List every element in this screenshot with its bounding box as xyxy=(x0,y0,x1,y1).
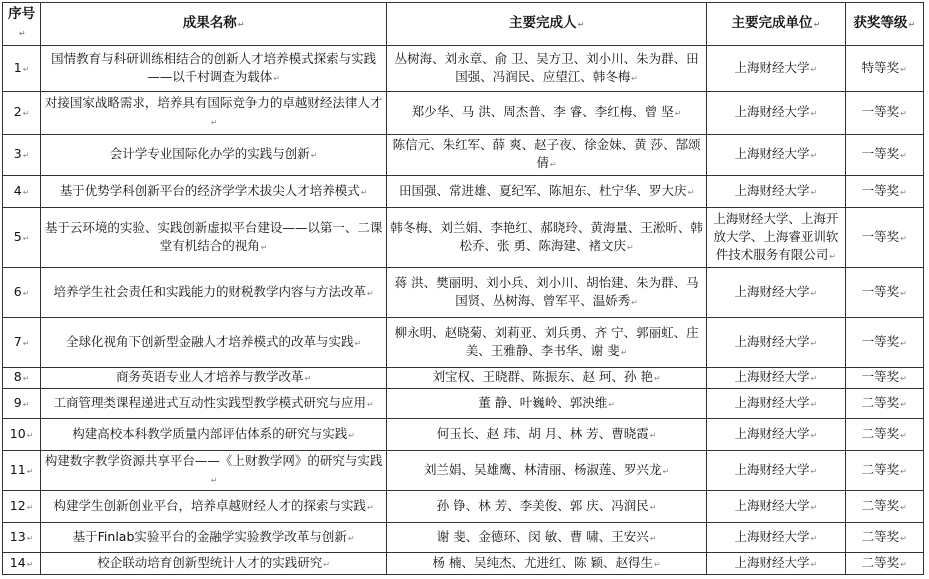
cell-people-text: 韩冬梅、刘兰娟、李艳红、郝晓玲、黄海量、王淞昕、韩松乔、张 勇、陈海建、褚文庆 xyxy=(390,220,703,253)
cell-title: 校企联动培育创新型统计人才的实践研究↵ xyxy=(41,553,387,575)
cell-people: 柳永明、赵晓菊、刘莉亚、刘兵勇、齐 宁、郭丽虹、庄 美、王雅静、李书华、谢 斐↵ xyxy=(387,318,707,368)
return-mark-icon: ↵ xyxy=(810,151,817,160)
cell-title-text: 培养学生社会责任和实践能力的财税教学内容与方法改革 xyxy=(54,284,367,299)
cell-title-text: 全球化视角下创新型金融人才培养模式的改革与实践 xyxy=(66,334,354,349)
return-mark-icon: ↵ xyxy=(23,374,30,383)
table-row: 2↵对接国家战略需求，培养具有国际竞争力的卓越财经法律人才↵郑少华、马 洪、周杰… xyxy=(3,92,924,135)
cell-level-text: 一等奖 xyxy=(862,104,900,119)
table-body: 1↵国情教育与科研训练相结合的创新人才培养模式探索与实践——以千村调查为载体↵丛… xyxy=(3,46,924,575)
cell-no-text: 5 xyxy=(14,229,22,244)
return-mark-icon: ↵ xyxy=(810,431,817,440)
cell-title-text: 构建学生创新创业平台，培养卓越财经人才的探索与实践 xyxy=(54,498,367,513)
cell-title-text: 国情教育与科研训练相结合的创新人才培养模式探索与实践——以千村调查为载体 xyxy=(51,51,376,84)
return-mark-icon: ↵ xyxy=(810,560,817,569)
cell-unit-text: 上海财经大学 xyxy=(734,146,809,161)
return-mark-icon: ↵ xyxy=(654,374,661,383)
return-mark-icon: ↵ xyxy=(367,289,374,298)
return-mark-icon: ↵ xyxy=(211,118,218,127)
cell-unit-text: 上海财经大学 xyxy=(734,529,809,544)
cell-unit: 上海财经大学↵ xyxy=(707,135,845,176)
cell-level-text: 一等奖 xyxy=(862,369,900,384)
cell-people: 田国强、常进雄、夏纪军、陈旭东、杜宁华、罗大庆↵ xyxy=(387,176,707,208)
cell-people-text: 董 静、叶巍岭、郭泱维 xyxy=(478,395,607,410)
table-row: 10↵构建高校本科教学质量内部评估体系的研究与实践↵何玉长、赵 玮、胡 月、林 … xyxy=(3,419,924,451)
return-mark-icon: ↵ xyxy=(348,534,355,543)
cell-unit-text: 上海财经大学 xyxy=(734,395,809,410)
return-mark-icon: ↵ xyxy=(650,503,657,512)
return-mark-icon: ↵ xyxy=(813,20,820,29)
return-mark-icon: ↵ xyxy=(273,74,280,83)
cell-title: 国情教育与科研训练相结合的创新人才培养模式探索与实践——以千村调查为载体↵ xyxy=(41,46,387,92)
cell-people-text: 蒋 洪、樊丽明、刘小兵、刘小川、胡怡建、朱为群、马国贤、丛树海、曾军平、温娇秀 xyxy=(395,275,699,308)
cell-no-text: 1 xyxy=(14,60,22,75)
return-mark-icon: ↵ xyxy=(829,252,836,261)
cell-no-text: 7 xyxy=(14,334,22,349)
cell-unit-text: 上海财经大学 xyxy=(734,426,809,441)
return-mark-icon: ↵ xyxy=(810,109,817,118)
cell-title: 构建学生创新创业平台，培养卓越财经人才的探索与实践↵ xyxy=(41,491,387,523)
cell-no: 4↵ xyxy=(3,176,41,208)
cell-title-text: 校企联动培育创新型统计人才的实践研究 xyxy=(97,555,322,570)
return-mark-icon: ↵ xyxy=(23,151,30,160)
cell-unit: 上海财经大学↵ xyxy=(707,553,845,575)
cell-no: 6↵ xyxy=(3,268,41,318)
cell-level: 二等奖↵ xyxy=(845,523,924,553)
cell-title-text: 会计学专业国际化办学的实践与创新 xyxy=(110,146,310,161)
cell-unit-text: 上海财经大学 xyxy=(734,369,809,384)
return-mark-icon: ↵ xyxy=(650,534,657,543)
cell-level-text: 特等奖 xyxy=(862,60,900,75)
cell-unit: 上海财经大学↵ xyxy=(707,523,845,553)
return-mark-icon: ↵ xyxy=(631,298,638,307)
cell-unit: 上海财经大学↵ xyxy=(707,451,845,491)
cell-level-text: 二等奖 xyxy=(862,529,900,544)
cell-no-text: 3 xyxy=(14,146,22,161)
return-mark-icon: ↵ xyxy=(627,243,634,252)
return-mark-icon: ↵ xyxy=(675,109,682,118)
cell-unit: 上海财经大学↵ xyxy=(707,419,845,451)
return-mark-icon: ↵ xyxy=(27,467,34,476)
return-mark-icon: ↵ xyxy=(631,74,638,83)
cell-people: 董 静、叶巍岭、郭泱维↵ xyxy=(387,389,707,419)
return-mark-icon: ↵ xyxy=(810,503,817,512)
return-mark-icon: ↵ xyxy=(348,431,355,440)
cell-no: 10↵ xyxy=(3,419,41,451)
return-mark-icon: ↵ xyxy=(361,188,368,197)
cell-people: 丛树海、刘永章、俞 卫、吴方卫、刘小川、朱为群、田国强、冯润民、应望江、韩冬梅↵ xyxy=(387,46,707,92)
cell-level: 二等奖↵ xyxy=(845,389,924,419)
return-mark-icon: ↵ xyxy=(578,20,585,29)
cell-level-text: 一等奖 xyxy=(862,146,900,161)
cell-people: 何玉长、赵 玮、胡 月、林 芳、曹晓霞↵ xyxy=(387,419,707,451)
cell-no: 8↵ xyxy=(3,368,41,389)
cell-level-text: 二等奖 xyxy=(862,555,900,570)
cell-people-text: 刘宝权、王晓群、陈振东、赵 珂、孙 艳 xyxy=(433,369,653,384)
cell-unit-text: 上海财经大学 xyxy=(734,104,809,119)
return-mark-icon: ↵ xyxy=(27,503,34,512)
cell-no-text: 6 xyxy=(14,284,22,299)
return-mark-icon: ↵ xyxy=(550,160,557,169)
cell-people-text: 刘兰娟、吴雄鹰、林清丽、杨淑莲、罗兴龙 xyxy=(424,462,662,477)
return-mark-icon: ↵ xyxy=(23,339,30,348)
cell-unit: 上海财经大学↵ xyxy=(707,46,845,92)
return-mark-icon: ↵ xyxy=(810,374,817,383)
cell-title: 基于优势学科创新平台的经济学学术拔尖人才培养模式↵ xyxy=(41,176,387,208)
cell-no: 14↵ xyxy=(3,553,41,575)
return-mark-icon: ↵ xyxy=(810,65,817,74)
cell-no-text: 4 xyxy=(14,183,22,198)
cell-title: 基于Finlab实验平台的金融学实验教学改革与创新↵ xyxy=(41,523,387,553)
cell-unit-text: 上海财经大学 xyxy=(734,183,809,198)
return-mark-icon: ↵ xyxy=(23,400,30,409)
cell-no-text: 11 xyxy=(10,462,26,477)
cell-people-text: 陈信元、朱红军、薛 爽、赵子夜、徐金妹、黄 莎、郜颂倩 xyxy=(393,137,701,170)
cell-no: 2↵ xyxy=(3,92,41,135)
cell-unit-text: 上海财经大学 xyxy=(734,60,809,75)
cell-unit-text: 上海财经大学 xyxy=(734,462,809,477)
cell-level: 一等奖↵ xyxy=(845,318,924,368)
cell-level: 二等奖↵ xyxy=(845,419,924,451)
return-mark-icon: ↵ xyxy=(900,151,907,160)
cell-no: 11↵ xyxy=(3,451,41,491)
header-unit: 主要完成单位↵ xyxy=(707,3,845,46)
table-row: 6↵培养学生社会责任和实践能力的财税教学内容与方法改革↵蒋 洪、樊丽明、刘小兵、… xyxy=(3,268,924,318)
cell-no-text: 13 xyxy=(10,529,26,544)
return-mark-icon: ↵ xyxy=(810,534,817,543)
cell-no-text: 12 xyxy=(10,498,26,513)
cell-title: 会计学专业国际化办学的实践与创新↵ xyxy=(41,135,387,176)
cell-title-text: 构建数字教学资源共享平台——《上财教学网》的研究与实践 xyxy=(45,453,383,468)
table-row: 9↵工商管理类课程递进式互动性实践型教学模式研究与应用↵董 静、叶巍岭、郭泱维↵… xyxy=(3,389,924,419)
cell-unit: 上海财经大学↵ xyxy=(707,176,845,208)
return-mark-icon: ↵ xyxy=(23,109,30,118)
return-mark-icon: ↵ xyxy=(810,339,817,348)
cell-no: 7↵ xyxy=(3,318,41,368)
return-mark-icon: ↵ xyxy=(900,339,907,348)
cell-level: 特等奖↵ xyxy=(845,46,924,92)
return-mark-icon: ↵ xyxy=(27,534,34,543)
return-mark-icon: ↵ xyxy=(27,560,34,569)
cell-title: 工商管理类课程递进式互动性实践型教学模式研究与应用↵ xyxy=(41,389,387,419)
cell-people-text: 何玉长、赵 玮、胡 月、林 芳、曹晓霞 xyxy=(437,426,649,441)
return-mark-icon: ↵ xyxy=(900,467,907,476)
cell-title: 商务英语专业人才培养与教学改革↵ xyxy=(41,368,387,389)
cell-people: 郑少华、马 洪、周杰普、李 睿、李红梅、曾 坚↵ xyxy=(387,92,707,135)
cell-people-text: 杨 楠、吴纯杰、尤进红、陈 颖、赵得生 xyxy=(433,555,653,570)
cell-no-text: 9 xyxy=(14,395,22,410)
return-mark-icon: ↵ xyxy=(23,234,30,243)
return-mark-icon: ↵ xyxy=(900,109,907,118)
return-mark-icon: ↵ xyxy=(900,534,907,543)
cell-unit-text: 上海财经大学 xyxy=(734,498,809,513)
cell-unit: 上海财经大学↵ xyxy=(707,491,845,523)
cell-level-text: 一等奖 xyxy=(862,183,900,198)
cell-title: 对接国家战略需求，培养具有国际竞争力的卓越财经法律人才↵ xyxy=(41,92,387,135)
cell-level-text: 一等奖 xyxy=(862,284,900,299)
return-mark-icon: ↵ xyxy=(367,400,374,409)
cell-level: 一等奖↵ xyxy=(845,208,924,268)
table-row: 4↵基于优势学科创新平台的经济学学术拔尖人才培养模式↵田国强、常进雄、夏纪军、陈… xyxy=(3,176,924,208)
return-mark-icon: ↵ xyxy=(900,503,907,512)
cell-unit: 上海财经大学、上海开放大学、上海睿亚训软件技术服务有限公司↵ xyxy=(707,208,845,268)
cell-unit-text: 上海财经大学、上海开放大学、上海睿亚训软件技术服务有限公司 xyxy=(713,211,838,262)
cell-people: 陈信元、朱红军、薛 爽、赵子夜、徐金妹、黄 莎、郜颂倩↵ xyxy=(387,135,707,176)
return-mark-icon: ↵ xyxy=(900,289,907,298)
cell-people-text: 柳永明、赵晓菊、刘莉亚、刘兵勇、齐 宁、郭丽虹、庄 美、王雅静、李书华、谢 斐 xyxy=(395,325,699,358)
cell-level: 二等奖↵ xyxy=(845,451,924,491)
cell-level-text: 一等奖 xyxy=(862,229,900,244)
awards-table: 序号↵ 成果名称↵ 主要完成人↵ 主要完成单位↵ 获奖等级↵ 1↵国情教育与科研… xyxy=(2,2,924,575)
table-row: 1↵国情教育与科研训练相结合的创新人才培养模式探索与实践——以千村调查为载体↵丛… xyxy=(3,46,924,92)
cell-no-text: 14 xyxy=(10,555,26,570)
cell-no-text: 8 xyxy=(14,369,22,384)
cell-no: 12↵ xyxy=(3,491,41,523)
return-mark-icon: ↵ xyxy=(810,289,817,298)
return-mark-icon: ↵ xyxy=(23,289,30,298)
return-mark-icon: ↵ xyxy=(621,348,628,357)
table-row: 13↵基于Finlab实验平台的金融学实验教学改革与创新↵谢 斐、金德环、闵 敏… xyxy=(3,523,924,553)
return-mark-icon: ↵ xyxy=(900,65,907,74)
return-mark-icon: ↵ xyxy=(663,467,670,476)
return-mark-icon: ↵ xyxy=(23,188,30,197)
cell-people: 刘兰娟、吴雄鹰、林清丽、杨淑莲、罗兴龙↵ xyxy=(387,451,707,491)
table-row: 5↵基于云环境的实验、实践创新虚拟平台建设——以第一、二课堂有机结合的视角↵韩冬… xyxy=(3,208,924,268)
cell-title: 基于云环境的实验、实践创新虚拟平台建设——以第一、二课堂有机结合的视角↵ xyxy=(41,208,387,268)
cell-level: 二等奖↵ xyxy=(845,491,924,523)
cell-unit-text: 上海财经大学 xyxy=(734,555,809,570)
cell-title-text: 基于Finlab实验平台的金融学实验教学改革与创新 xyxy=(73,529,347,544)
cell-people: 蒋 洪、樊丽明、刘小兵、刘小川、胡怡建、朱为群、马国贤、丛树海、曾军平、温娇秀↵ xyxy=(387,268,707,318)
return-mark-icon: ↵ xyxy=(19,29,26,38)
return-mark-icon: ↵ xyxy=(23,65,30,74)
return-mark-icon: ↵ xyxy=(688,188,695,197)
cell-level-text: 一等奖 xyxy=(862,334,900,349)
return-mark-icon: ↵ xyxy=(900,234,907,243)
return-mark-icon: ↵ xyxy=(367,503,374,512)
cell-title: 构建高校本科教学质量内部评估体系的研究与实践↵ xyxy=(41,419,387,451)
cell-people-text: 郑少华、马 洪、周杰普、李 睿、李红梅、曾 坚 xyxy=(412,104,674,119)
cell-people-text: 丛树海、刘永章、俞 卫、吴方卫、刘小川、朱为群、田国强、冯润民、应望江、韩冬梅 xyxy=(395,51,699,84)
cell-title: 构建数字教学资源共享平台——《上财教学网》的研究与实践↵ xyxy=(41,451,387,491)
cell-title: 全球化视角下创新型金融人才培养模式的改革与实践↵ xyxy=(41,318,387,368)
cell-level: 一等奖↵ xyxy=(845,176,924,208)
table-row: 3↵会计学专业国际化办学的实践与创新↵陈信元、朱红军、薛 爽、赵子夜、徐金妹、黄… xyxy=(3,135,924,176)
return-mark-icon: ↵ xyxy=(900,188,907,197)
table-row: 12↵构建学生创新创业平台，培养卓越财经人才的探索与实践↵孙 铮、林 芳、李美俊… xyxy=(3,491,924,523)
header-no: 序号↵ xyxy=(3,3,41,46)
cell-level-text: 二等奖 xyxy=(862,462,900,477)
cell-unit: 上海财经大学↵ xyxy=(707,368,845,389)
cell-no: 5↵ xyxy=(3,208,41,268)
cell-title: 培养学生社会责任和实践能力的财税教学内容与方法改革↵ xyxy=(41,268,387,318)
return-mark-icon: ↵ xyxy=(355,339,362,348)
cell-no: 3↵ xyxy=(3,135,41,176)
cell-people-text: 田国强、常进雄、夏纪军、陈旭东、杜宁华、罗大庆 xyxy=(399,183,687,198)
cell-level: 一等奖↵ xyxy=(845,368,924,389)
cell-unit-text: 上海财经大学 xyxy=(734,284,809,299)
table-row: 14↵校企联动培育创新型统计人才的实践研究↵杨 楠、吴纯杰、尤进红、陈 颖、赵得… xyxy=(3,553,924,575)
cell-unit: 上海财经大学↵ xyxy=(707,389,845,419)
return-mark-icon: ↵ xyxy=(908,20,915,29)
cell-no-text: 10 xyxy=(10,426,26,441)
return-mark-icon: ↵ xyxy=(261,243,268,252)
cell-title-text: 工商管理类课程递进式互动性实践型教学模式研究与应用 xyxy=(54,395,367,410)
return-mark-icon: ↵ xyxy=(810,188,817,197)
cell-no: 9↵ xyxy=(3,389,41,419)
return-mark-icon: ↵ xyxy=(608,400,615,409)
return-mark-icon: ↵ xyxy=(323,560,330,569)
return-mark-icon: ↵ xyxy=(238,20,245,29)
cell-unit: 上海财经大学↵ xyxy=(707,318,845,368)
cell-title-text: 基于云环境的实验、实践创新虚拟平台建设——以第一、二课堂有机结合的视角 xyxy=(45,220,383,253)
return-mark-icon: ↵ xyxy=(900,374,907,383)
table-row: 7↵全球化视角下创新型金融人才培养模式的改革与实践↵柳永明、赵晓菊、刘莉亚、刘兵… xyxy=(3,318,924,368)
return-mark-icon: ↵ xyxy=(900,431,907,440)
cell-people: 韩冬梅、刘兰娟、李艳红、郝晓玲、黄海量、王淞昕、韩松乔、张 勇、陈海建、褚文庆↵ xyxy=(387,208,707,268)
header-level: 获奖等级↵ xyxy=(845,3,924,46)
cell-title-text: 对接国家战略需求，培养具有国际竞争力的卓越财经法律人才 xyxy=(45,95,383,110)
cell-title-text: 商务英语专业人才培养与教学改革 xyxy=(116,369,304,384)
return-mark-icon: ↵ xyxy=(900,400,907,409)
cell-title-text: 构建高校本科教学质量内部评估体系的研究与实践 xyxy=(72,426,347,441)
return-mark-icon: ↵ xyxy=(650,431,657,440)
cell-no: 13↵ xyxy=(3,523,41,553)
cell-people-text: 谢 斐、金德环、闵 敏、曹 啸、王安兴 xyxy=(437,529,649,544)
cell-people: 刘宝权、王晓群、陈振东、赵 珂、孙 艳↵ xyxy=(387,368,707,389)
cell-level-text: 二等奖 xyxy=(862,426,900,441)
cell-title-text: 基于优势学科创新平台的经济学学术拔尖人才培养模式 xyxy=(60,183,360,198)
cell-people: 杨 楠、吴纯杰、尤进红、陈 颖、赵得生↵ xyxy=(387,553,707,575)
return-mark-icon: ↵ xyxy=(305,374,312,383)
cell-level: 二等奖↵ xyxy=(845,553,924,575)
table-row: 8↵商务英语专业人才培养与教学改革↵刘宝权、王晓群、陈振东、赵 珂、孙 艳↵上海… xyxy=(3,368,924,389)
header-row: 序号↵ 成果名称↵ 主要完成人↵ 主要完成单位↵ 获奖等级↵ xyxy=(3,3,924,46)
table-row: 11↵构建数字教学资源共享平台——《上财教学网》的研究与实践↵刘兰娟、吴雄鹰、林… xyxy=(3,451,924,491)
return-mark-icon: ↵ xyxy=(211,476,218,485)
cell-people-text: 孙 铮、林 芳、李美俊、郭 庆、冯润民 xyxy=(437,498,649,513)
cell-unit-text: 上海财经大学 xyxy=(734,334,809,349)
cell-level: 一等奖↵ xyxy=(845,135,924,176)
cell-no-text: 2 xyxy=(14,104,22,119)
cell-people: 谢 斐、金德环、闵 敏、曹 啸、王安兴↵ xyxy=(387,523,707,553)
header-people: 主要完成人↵ xyxy=(387,3,707,46)
cell-unit: 上海财经大学↵ xyxy=(707,92,845,135)
cell-level-text: 二等奖 xyxy=(862,395,900,410)
cell-level: 一等奖↵ xyxy=(845,92,924,135)
return-mark-icon: ↵ xyxy=(900,560,907,569)
return-mark-icon: ↵ xyxy=(810,467,817,476)
cell-level: 一等奖↵ xyxy=(845,268,924,318)
header-title: 成果名称↵ xyxy=(41,3,387,46)
cell-unit: 上海财经大学↵ xyxy=(707,268,845,318)
return-mark-icon: ↵ xyxy=(810,400,817,409)
cell-level-text: 二等奖 xyxy=(862,498,900,513)
cell-no: 1↵ xyxy=(3,46,41,92)
return-mark-icon: ↵ xyxy=(311,151,318,160)
return-mark-icon: ↵ xyxy=(654,560,661,569)
return-mark-icon: ↵ xyxy=(27,431,34,440)
cell-people: 孙 铮、林 芳、李美俊、郭 庆、冯润民↵ xyxy=(387,491,707,523)
